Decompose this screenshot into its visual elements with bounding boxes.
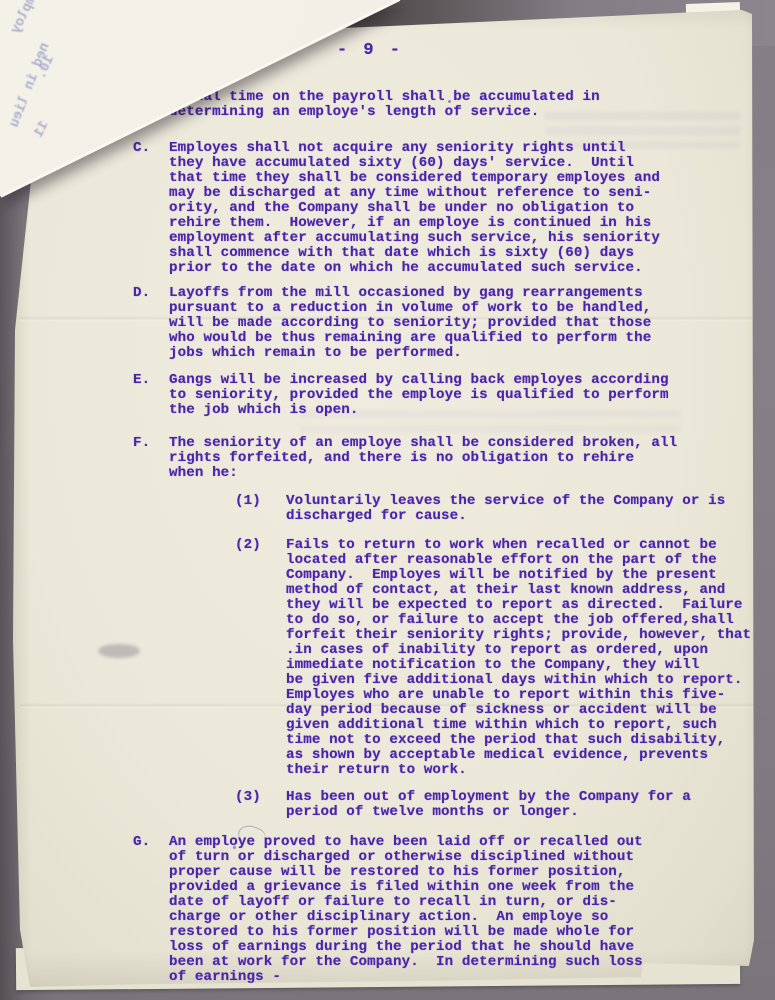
item-3-label: (3)	[235, 790, 261, 805]
ink-transfer-smudge	[545, 112, 740, 148]
photographed-document: - 9 - B. Actual time on the payroll shal…	[0, 0, 775, 1000]
section-d-label: D.	[133, 286, 150, 301]
item-1-text: Voluntarily leaves the service of the Co…	[286, 494, 725, 524]
section-f-text: The seniority of an employe shall be con…	[169, 436, 677, 481]
section-d-text: Layoffs from the mill occasioned by gang…	[169, 286, 651, 361]
item-2-label: (2)	[235, 538, 261, 553]
section-b-text: Actual time on the payroll shall be accu…	[169, 90, 600, 120]
margin-smudge	[98, 644, 140, 658]
section-c-text: Employes shall not acquire any seniority…	[169, 141, 660, 276]
section-g-text: An employe proved to have been laid off …	[169, 835, 643, 985]
item-3-text: Has been out of employment by the Compan…	[286, 790, 691, 820]
section-c-label: C.	[133, 141, 150, 156]
ink-dot	[233, 846, 236, 849]
section-e-label: E.	[133, 373, 150, 388]
ink-transfer-smudge	[300, 410, 680, 436]
item-2-text: Fails to return to work when recalled or…	[286, 538, 751, 778]
section-b-label: B.	[133, 90, 150, 105]
ink-dot	[448, 100, 451, 103]
document-page: - 9 - B. Actual time on the payroll shal…	[0, 0, 775, 1000]
section-g-label: G.	[133, 835, 150, 850]
section-f-label: F.	[133, 436, 150, 451]
page-number: - 9 -	[337, 43, 403, 58]
item-1-label: (1)	[235, 494, 261, 509]
